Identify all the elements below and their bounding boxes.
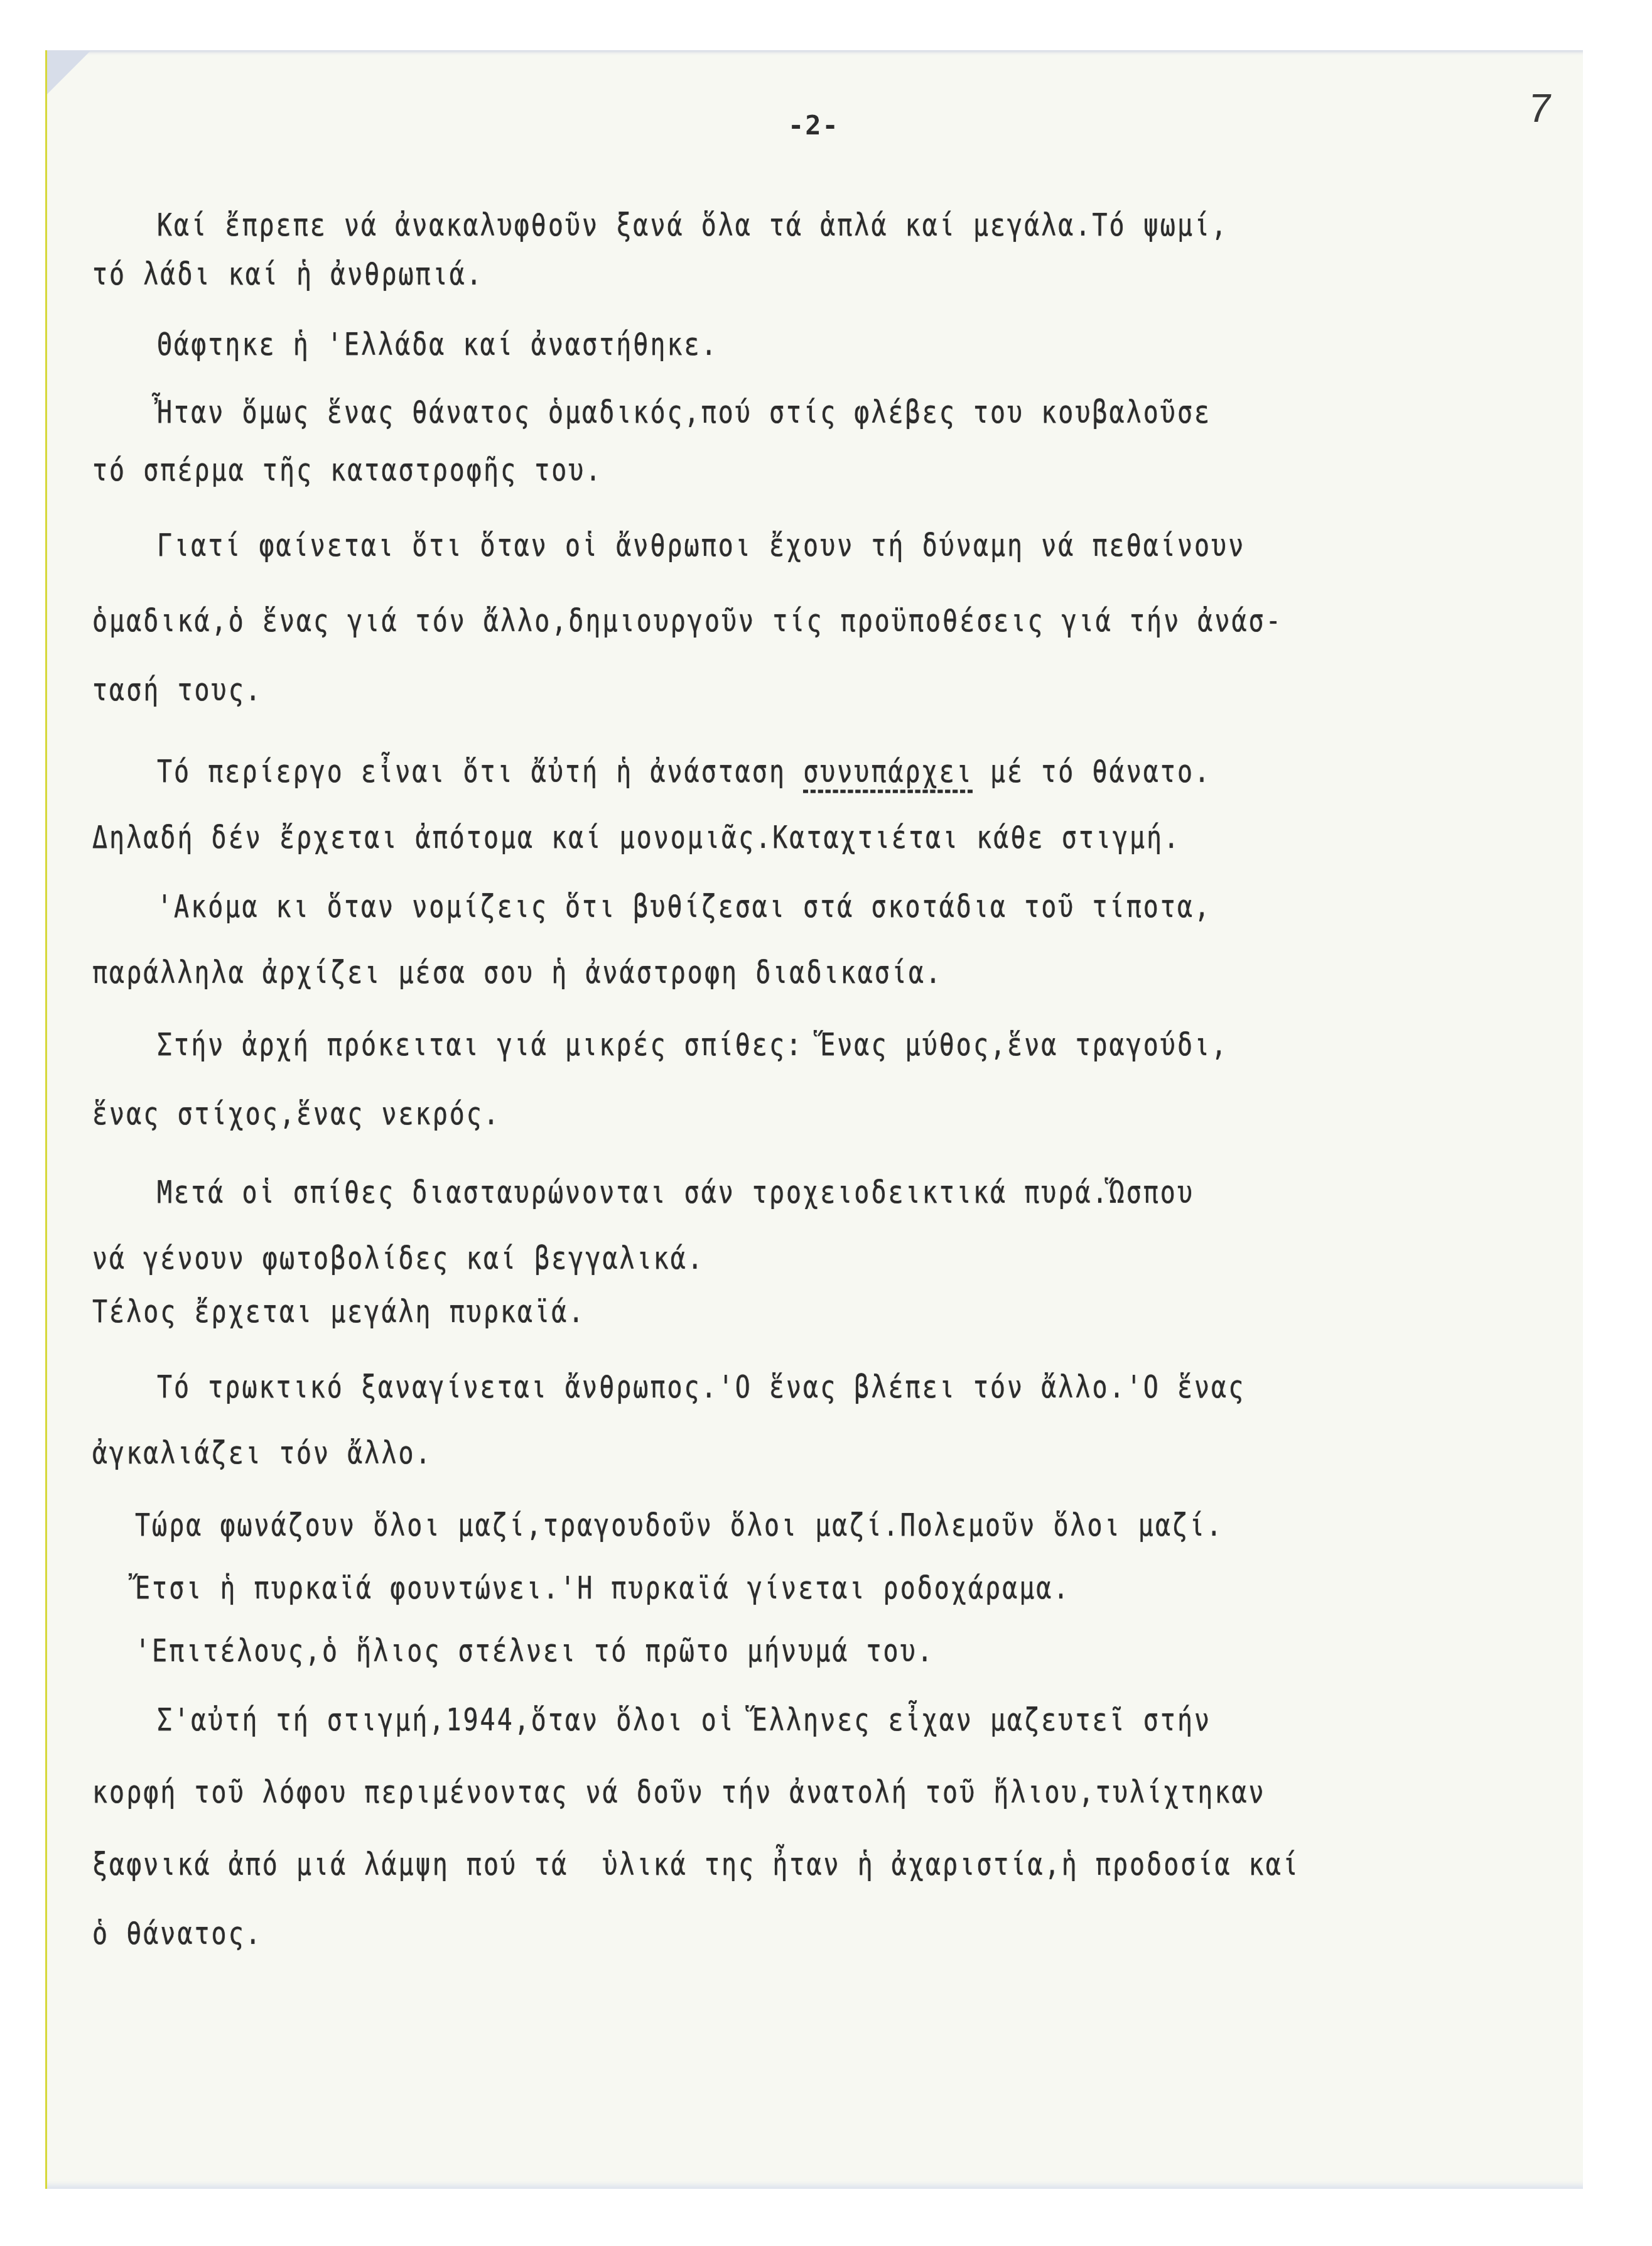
text-line: Τό περίεργο εἶναι ὅτι ἄὐτή ἡ ἀνάσταση συ… (157, 754, 1211, 790)
text-line: Μετά οἱ σπίθες διασταυρώνονται σάν τροχε… (157, 1175, 1194, 1211)
text-line: Σ'αὐτή τή στιγμή,1944,ὅταν ὅλοι οἱ Ἕλλην… (157, 1702, 1211, 1739)
text-line: Καί ἔπρεπε νά ἀνακαλυφθοῦν ξανά ὅλα τά ἁ… (157, 207, 1228, 244)
text-line: 'Ακόμα κι ὅταν νομίζεις ὅτι βυθίζεσαι στ… (157, 889, 1211, 925)
text-line: ἕνας στίχος,ἕνας νεκρός. (92, 1096, 500, 1132)
text-line: Τέλος ἔρχεται μεγάλη πυρκαϊά. (92, 1294, 585, 1330)
text-line: Τό τρωκτικό ξαναγίνεται ἄνθρωπος.'Ο ἕνας… (157, 1369, 1245, 1406)
text-line: Ἦταν ὅμως ἕνας θάνατος ὁμαδικός,πού στίς… (157, 394, 1211, 431)
text-line: ὁ θάνατος. (92, 1916, 262, 1952)
text-line: νά γένουν φωτοβολίδες καί βεγγαλικά. (92, 1240, 705, 1277)
text-line: παράλληλα ἀρχίζει μέσα σου ἡ ἀνάστροφη δ… (92, 955, 942, 991)
text-line: τασή τους. (92, 672, 262, 708)
handwritten-folio-number: 7 (1526, 85, 1555, 131)
underlined-word: συνυπάρχει (803, 754, 973, 790)
folded-corner (47, 50, 91, 94)
text-line: Θάφτηκε ἡ 'Ελλάδα καί ἀναστήθηκε. (157, 327, 718, 363)
text-line: τό λάδι καί ἡ ἀνθρωπιά. (92, 256, 483, 293)
text-line: ὁμαδικά,ὁ ἕνας γιά τόν ἄλλο,δημιουργοῦν … (92, 603, 1283, 639)
page-number: -2- (788, 110, 839, 141)
text-line: Στήν ἀρχή πρόκειται γιά μικρές σπίθες: Ἕ… (157, 1027, 1228, 1063)
text-line: τό σπέρμα τῆς καταστροφῆς του. (92, 452, 602, 489)
text-line: ἀγκαλιάζει τόν ἄλλο. (92, 1435, 433, 1472)
typewritten-page: -2- 7 Καί ἔπρεπε νά ἀνακαλυφθοῦν ξανά ὅλ… (45, 50, 1583, 2189)
text-line: ξαφνικά ἀπό μιά λάμψη πού τά ὑλικά της ἦ… (92, 1847, 1300, 1883)
text-line: Γιατί φαίνεται ὅτι ὅταν οἱ ἄνθρωποι ἔχου… (157, 528, 1245, 564)
text-line: Ἔτσι ἡ πυρκαϊά φουντώνει.'Η πυρκαϊά γίνε… (135, 1570, 1071, 1607)
text-line: Δηλαδή δέν ἔρχεται ἀπότομα καί μονομιᾶς.… (92, 820, 1180, 856)
text-line: Τώρα φωνάζουν ὅλοι μαζί,τραγουδοῦν ὅλοι … (135, 1507, 1223, 1544)
text-line: κορφή τοῦ λόφου περιμένοντας νά δοῦν τήν… (92, 1774, 1266, 1811)
text-line: 'Επιτέλους,ὁ ἥλιος στέλνει τό πρῶτο μήνυ… (135, 1633, 934, 1669)
